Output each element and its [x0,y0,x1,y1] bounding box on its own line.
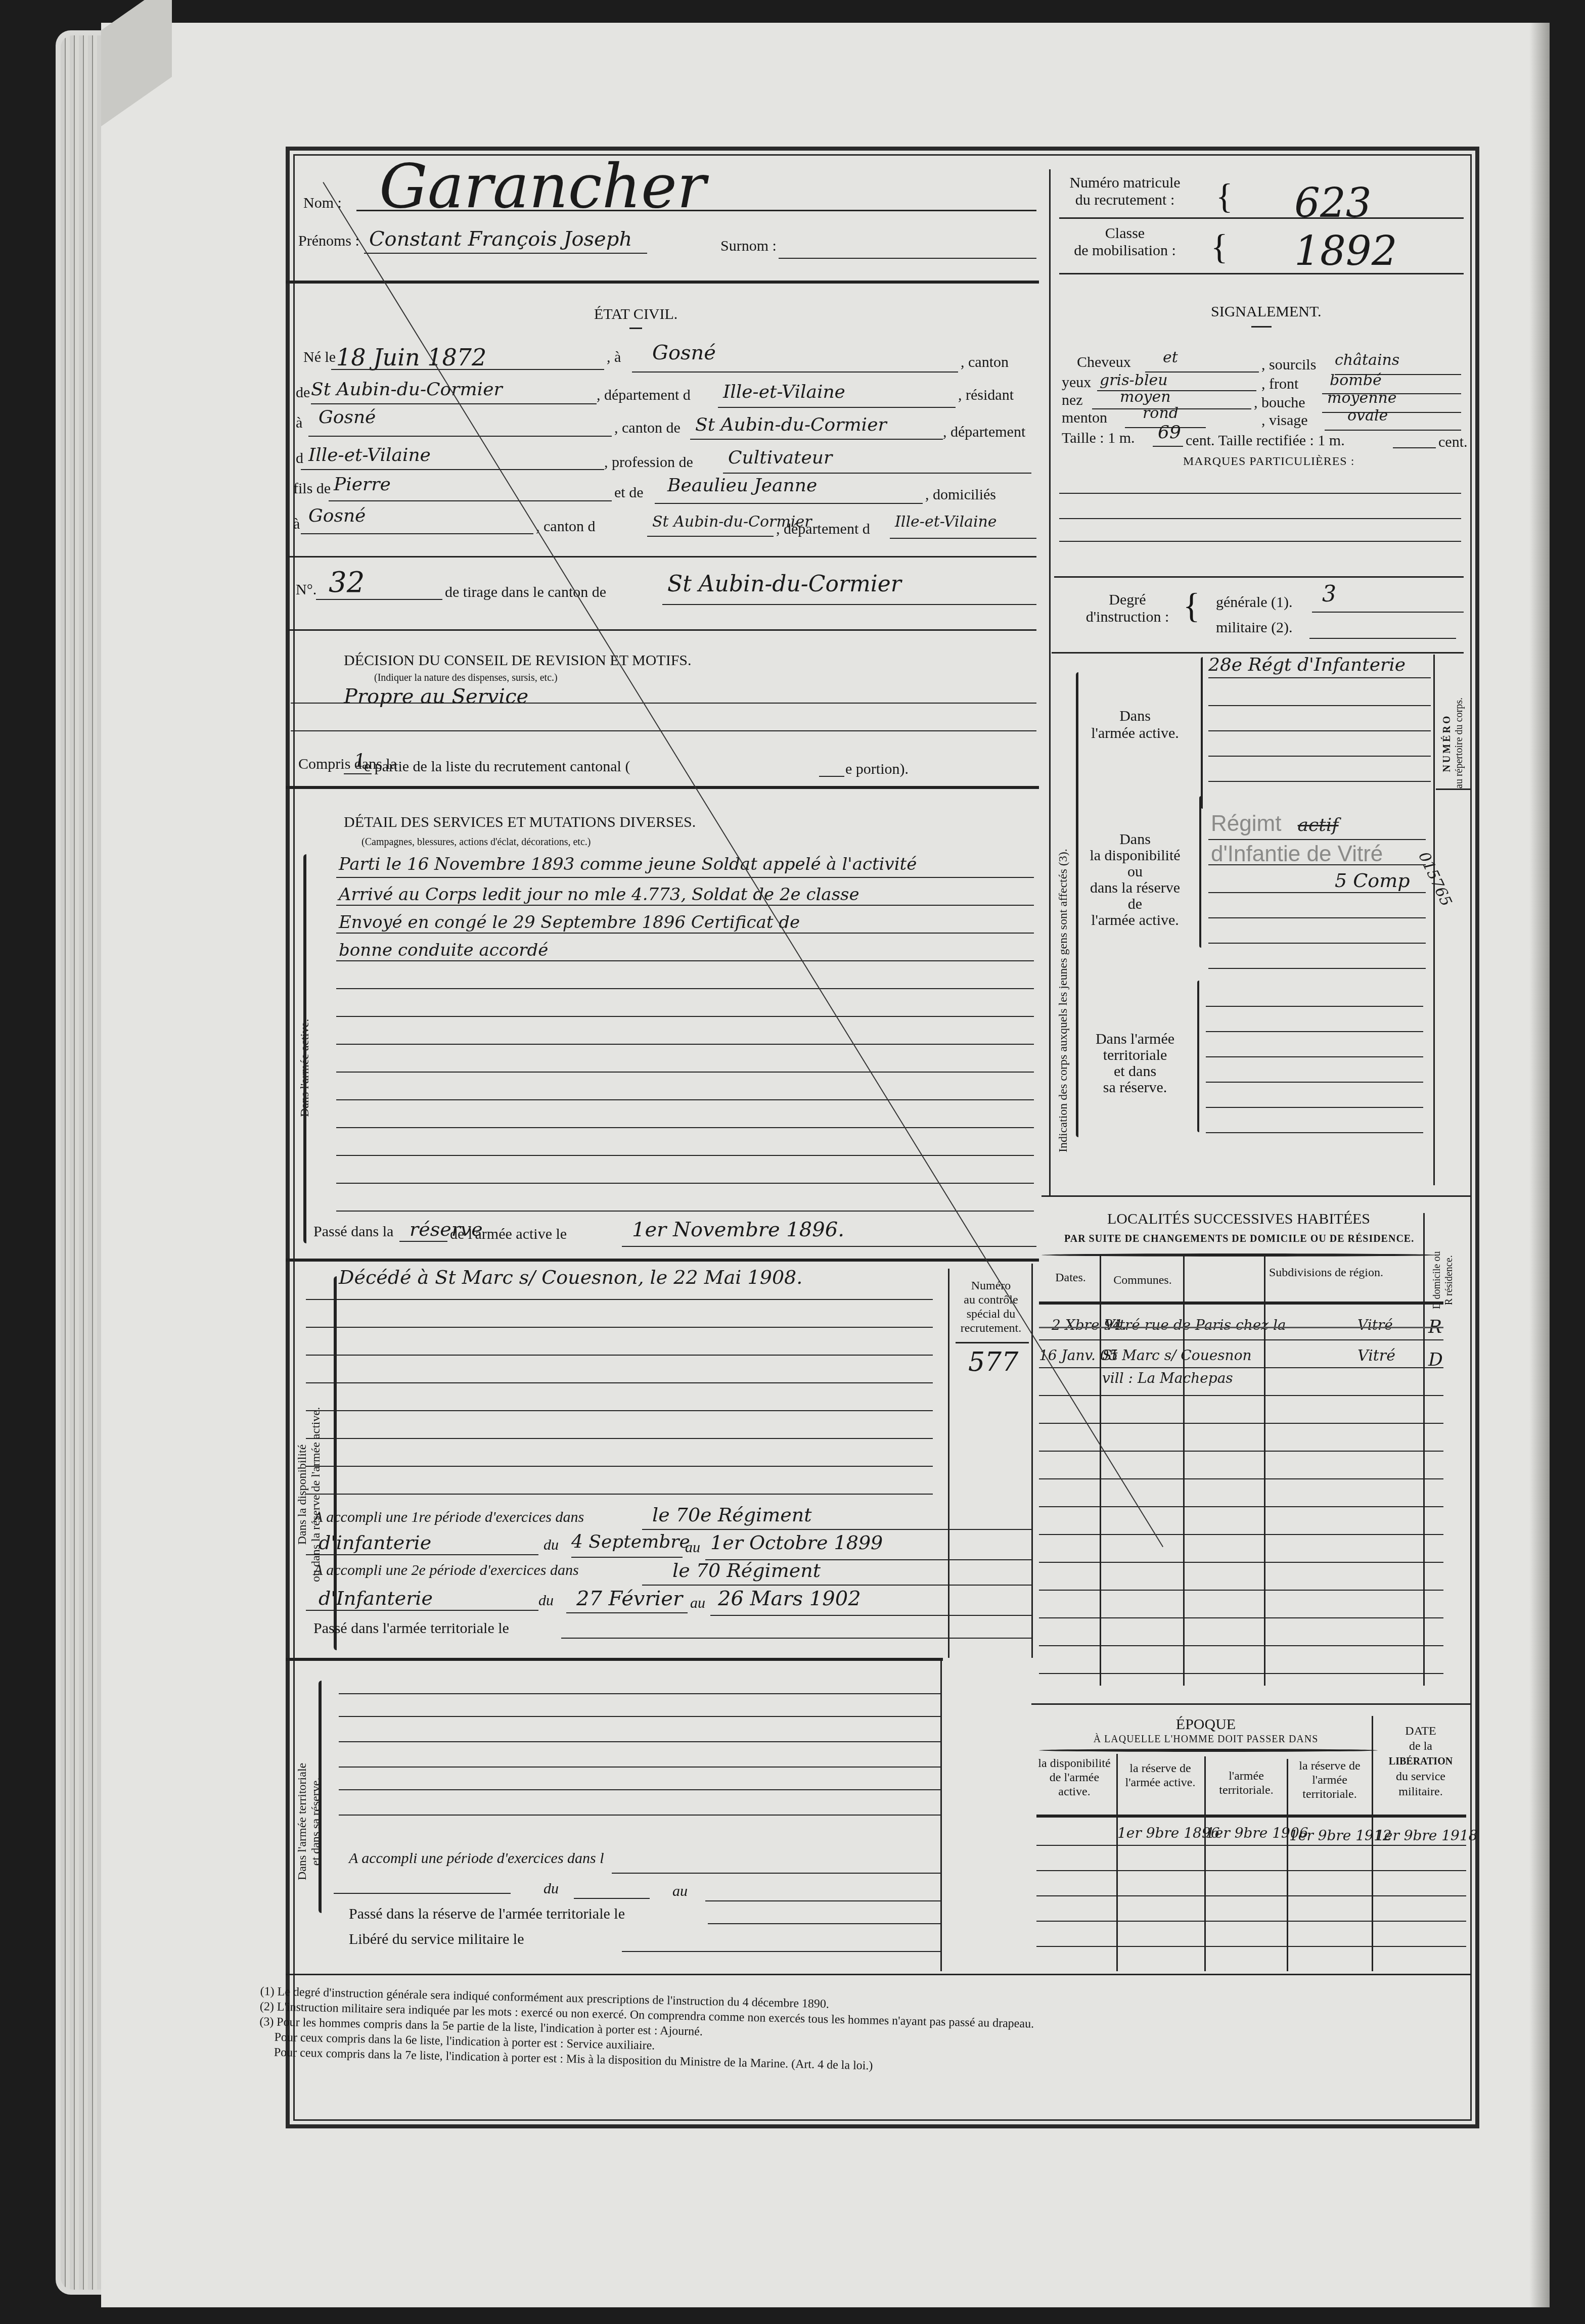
taille-value: 69 [1158,422,1181,443]
underline [647,536,774,537]
underline [890,538,1036,539]
controle-label-line2: au contrôle [950,1293,1031,1307]
ruled-line [1036,1921,1466,1922]
generale-label: générale (1). [1216,594,1293,611]
ruled-line [339,1767,940,1768]
label-line: dans la réserve [1087,880,1183,896]
ruled-line [336,988,1034,989]
stamp-regiment: Régimt actif [1211,811,1339,836]
decision-subtitle: (Indiquer la nature des dispenses, sursi… [374,672,558,684]
ruled-line [339,1693,940,1694]
identity-divider [286,281,1039,284]
localites-subtitle: PAR SUITE DE CHANGEMENTS DE DOMICILE OU … [1064,1233,1414,1245]
underline [399,1241,447,1242]
brace-corps [1076,672,1078,1137]
departement-residence: Ille-et-Vilaine [308,445,431,466]
nez-value: moyen [1120,388,1171,406]
ruled-line [1039,1645,1443,1646]
militaire-label: militaire (2). [1216,619,1293,636]
underline [334,1893,511,1894]
brace-glyph: { [1216,177,1233,217]
ruled-line [336,1072,1034,1073]
row-subdivision: Vitré [1357,1317,1393,1333]
ruled-line [306,1494,933,1495]
canton-label: , canton d [536,518,595,535]
ruled-line [1208,968,1426,969]
periode2-corps2: d'Infanterie [319,1587,433,1609]
underline [642,1585,1031,1586]
ruled-line [306,1327,933,1328]
ruled-line [1039,1339,1443,1340]
ruled-line [1039,1562,1443,1563]
underline [723,473,1031,474]
ruled-line [1208,917,1426,918]
epoque-col-territoriale: l'armée territoriale. [1206,1769,1287,1797]
nez-label: nez [1062,392,1083,409]
underline [705,1900,940,1901]
strikethrough-line [1039,1327,1443,1328]
surnom-underline [779,258,1036,259]
sourcils-label: , sourcils [1261,356,1316,374]
canton-tirage: St Aubin-du-Cormier [667,571,901,597]
epoque-col-divider [1287,1759,1288,1971]
ruled-line [1206,1082,1423,1083]
ruled-line [336,1099,1034,1100]
col-header-dr: D domicile ou R résidence. [1431,1251,1455,1309]
ruled-line [1206,1132,1423,1133]
ruled-line [339,1815,940,1816]
underline [306,1610,538,1611]
brace-territoriale [319,1681,322,1913]
ruled-line [1039,1451,1443,1452]
epoque-title: ÉPOQUE [1031,1716,1380,1733]
brace-glyph: { [1211,227,1228,268]
partie-label: e partie de la liste du recrutement cant… [364,758,630,775]
ruled-line [1208,864,1426,865]
de-label: de [296,384,310,401]
underline [301,533,533,534]
profession-label: , profession de [604,454,693,471]
controle-label: Numéro au contrôle spécial du recrutemen… [950,1279,1031,1335]
row-subdivision: Vitré [1357,1347,1395,1365]
divider [1031,1703,1471,1705]
bouche-label: , bouche [1254,394,1305,411]
label-line: militaire. [1373,1784,1469,1799]
ruled-line [1208,705,1431,706]
canton-residence: St Aubin-du-Cormier [695,414,887,435]
visage-value: ovale [1347,407,1388,425]
periode1-au: 1er Octobre 1899 [710,1531,883,1554]
passe-label: Passé dans la [313,1223,393,1240]
underline [566,1612,688,1613]
divider [1054,576,1464,578]
residence: Gosné [319,407,376,428]
ruled-line [336,1183,1034,1184]
label-line: sa réserve. [1087,1080,1183,1096]
underline [1153,446,1183,447]
row-commune: Vitré rue de Paris chez la [1105,1317,1286,1333]
ruled-line [1039,1673,1443,1674]
divider [286,1658,943,1661]
label-line: l'armée active. [1087,725,1183,742]
underline [622,1951,940,1952]
header-rule [1036,1815,1466,1818]
territoriale-passe-label: Passé dans l'armée territoriale le [313,1620,509,1637]
etat-civil-title: ÉTAT CIVIL. [594,306,677,323]
underline [308,436,612,437]
ruled-line [336,1016,1034,1017]
au-label: au [672,1883,688,1900]
ruled-line [1036,1946,1466,1947]
degre-label: Degré d'instruction : [1077,591,1178,626]
localite-row: 16 Janv. 05 St Marc s/ Couesnon vill : L… [1039,1344,1443,1395]
ruled-line [339,1716,940,1717]
localites-col-divider [1423,1213,1425,1686]
passe-label2: de l'armée active le [450,1226,567,1243]
underline [690,439,943,440]
label-line: l'armée active. [1087,912,1183,928]
departement-parents: Ille-et-Vilaine [895,513,997,531]
service-line-4: bonne conduite accordé [339,940,548,960]
epoque-brace [1039,1749,1378,1752]
label-line: DATE [1373,1724,1469,1739]
divider [291,730,1036,731]
front-label: , front [1261,376,1298,393]
au-label: au [685,1539,700,1556]
canton-label: , canton de [614,420,681,437]
controle-column-right [1031,1264,1033,1658]
menton-value: rond [1143,404,1179,422]
liberation-value: 1er 9bre 1918 [1375,1827,1478,1844]
marques-line [1059,541,1461,542]
label-line: du service [1373,1769,1469,1784]
dr-label-line1: D domicile ou [1431,1251,1443,1309]
epoque-col-disponibilite: la disponibilité de l'armée active. [1034,1756,1115,1799]
row-commune: St Marc s/ Couesnon [1102,1347,1252,1364]
dr-label-line2: R résidence. [1443,1251,1455,1309]
cent-label: cent. [1438,434,1467,451]
underline [574,1898,650,1899]
side-label-line1: Dans l'armée territoriale [296,1763,309,1880]
col-header-dates: Dates. [1041,1271,1100,1285]
ruled-line [1039,1590,1443,1591]
underline [1393,447,1436,448]
underline [1322,412,1461,413]
ruled-line [1206,1107,1423,1108]
ruled-line [1208,892,1426,893]
underline [718,407,956,408]
lieu-naissance: Gosné [652,341,716,364]
numero-label-line1: NUMÉRO [1441,698,1453,788]
ruled-line [1036,1895,1466,1896]
canton-naissance: St Aubin-du-Cormier [311,379,503,400]
ruled-line [1208,756,1431,757]
underline [301,469,604,470]
du-label: du [544,1880,559,1897]
underline [329,500,612,501]
marques-line [1059,518,1461,519]
prenoms-underline [364,253,647,254]
ruled-line [336,933,1034,934]
title-dash [1251,326,1272,328]
a-label: à [293,516,300,533]
numero-column-divider [1433,655,1435,1185]
underline [622,1246,1036,1247]
page-gutter-shadow [1529,23,1550,2307]
du-label: du [538,1592,554,1609]
visage-label: , visage [1261,412,1308,429]
yeux-value: gris-bleu [1100,371,1168,389]
departement-label: , département d [597,387,691,404]
label-line: Dans [1087,708,1183,725]
ruled-line [1039,1478,1443,1479]
matricule-label-line1: Numéro matricule [1064,174,1186,192]
degre-label-line1: Degré [1077,591,1178,609]
underline [662,604,1036,605]
tirage-label: de tirage dans le canton de [445,584,606,601]
pere: Pierre [334,474,391,495]
passe-date: 1er Novembre 1896. [632,1218,844,1241]
matricule-label: Numéro matricule du recrutement : [1064,174,1186,209]
nom-value: Garancher [379,152,706,222]
territoriale-right-border [940,1658,942,1971]
ruled-line [1039,1506,1443,1507]
underline [1312,612,1464,613]
underline [561,1638,1031,1639]
underline [306,1554,538,1555]
controle-column-left [948,1269,949,1658]
ruled-line [336,905,1034,906]
divider [288,556,1036,557]
underline [655,503,923,504]
corps-disponibilite-value: 5 Comp [1335,869,1410,892]
ruled-line [336,1044,1034,1045]
decision-value: Propre au Service [344,685,528,708]
ruled-line [1036,1845,1466,1846]
localites-title: LOCALITÉS SUCCESSIVES HABITÉES [1107,1211,1370,1228]
front-value: bombé [1330,371,1382,389]
service-line-1: Parti le 16 Novembre 1893 comme jeune So… [339,854,917,874]
label-line: la disponibilité [1087,848,1183,864]
departement-label: , département [943,424,1025,441]
deces-value: Décédé à St Marc s/ Couesnon, le 22 Mai … [339,1266,802,1288]
col-header-communes: Communes. [1102,1274,1183,1287]
label-line: territoriale [1087,1047,1183,1063]
classe-label-line2: de mobilisation : [1064,242,1186,259]
ruled-line [1206,1031,1423,1032]
corps-territoriale-label: Dans l'armée territoriale et dans sa rés… [1087,1031,1183,1096]
services-subtitle: (Campagnes, blessures, actions d'éclat, … [361,836,591,848]
periode1-corps: le 70e Régiment [652,1504,812,1526]
ruled-line [336,1127,1034,1128]
matricule-divider [1059,217,1464,219]
cheveux-label: Cheveux [1077,354,1131,371]
ruled-line [336,877,1034,878]
signalement-title: SIGNALEMENT. [1211,303,1322,320]
underline [612,1873,940,1874]
stamp-line1: Régimt [1211,811,1281,836]
brace-glyph: { [1183,586,1200,627]
ne-le-label: Né le [303,349,336,366]
label-line: de la [1373,1739,1469,1754]
sourcils-value: châtains [1335,351,1399,369]
ruled-line [306,1299,933,1300]
corps-side-label: Indication des corps auxquels les jeunes… [1057,849,1070,1152]
numero-repertoire-label: NUMÉRO au répertoire du corps. [1441,698,1465,788]
divider [288,629,1036,631]
row-commune-2: vill : La Machepas [1102,1370,1233,1386]
underline [331,369,604,370]
ruled-line [1039,1423,1443,1424]
divider [291,703,1036,704]
libere-label: Libéré du service militaire le [349,1931,524,1948]
ruled-line [1039,1395,1443,1396]
underline [311,403,597,404]
matricule-value: 623 [1294,179,1372,226]
underline [708,1923,940,1924]
brace-glyph [1199,796,1201,948]
underline [571,1557,683,1558]
underline [819,776,844,777]
periode2-corps: le 70 Régiment [672,1559,821,1582]
taille-label: Taille : 1 m. [1062,430,1135,447]
ruled-line [1208,730,1431,731]
label-line: de [1087,896,1183,912]
right-column-divider [1049,169,1051,1195]
ruled-line [339,1741,940,1742]
ruled-line [336,960,1034,961]
label-line: ou [1087,864,1183,880]
periode2-label: A accompli une 2e période d'exercices da… [313,1562,579,1579]
controle-value: 577 [968,1347,1018,1377]
classe-label-line1: Classe [1064,225,1186,242]
ruled-line [336,1155,1034,1156]
liberation-label: DATE de la LIBÉRATION du service militai… [1373,1724,1469,1799]
brace-glyph [1197,981,1199,1132]
corps-disponibilite-label: Dans la disponibilité ou dans la réserve… [1087,831,1183,928]
cheveux-value: et [1163,349,1178,366]
service-line-2: Arrivé au Corps ledit jour no mle 4.773,… [339,885,859,905]
portion-label: e portion). [845,761,909,778]
menton-label: menton [1062,409,1107,427]
brace-glyph [1201,657,1203,809]
ruled-line [1206,1006,1423,1007]
title-dash [629,328,642,329]
ruled-line [1208,781,1431,782]
epoque-col-reserve-territoriale: la réserve de l'armée territoriale. [1289,1759,1370,1801]
header-rule [1039,1302,1443,1305]
au-label: au [690,1595,705,1612]
label-line: et dans [1087,1063,1183,1080]
ruled-line [1206,1056,1423,1057]
underline [1325,430,1461,431]
footnotes-divider [286,1974,1471,1975]
domicilies-label: , domiciliés [925,486,996,503]
fils-de-label: fils de [293,480,331,497]
canton-label: , canton [961,354,1009,371]
a-label: à [296,414,302,432]
divider [286,786,1039,789]
ruled-line [1039,1534,1443,1535]
ruled-line [306,1466,933,1467]
mere: Beaulieu Jeanne [667,475,817,496]
divider [1041,1195,1471,1197]
stamp-struck-word: actif [1298,815,1339,835]
underline [1309,638,1456,639]
controle-label-line4: recrutement. [950,1321,1031,1335]
numero-label-line2: au répertoire du corps. [1453,698,1465,788]
underline [710,1615,1031,1616]
residant-label: , résidant [958,387,1014,404]
marques-label: MARQUES PARTICULIÈRES : [1183,455,1354,469]
divider [1052,652,1464,654]
periode1-label: A accompli une 1re période d'exercices d… [313,1509,584,1526]
classe-label: Classe de mobilisation : [1064,225,1186,259]
passe-reserve-territoriale-label: Passé dans la réserve de l'armée territo… [349,1905,625,1923]
col-header-subdivisions: Subdivisions de région. [1269,1266,1345,1280]
classe-divider [1059,273,1464,274]
date-naissance: 18 Juin 1872 [336,344,486,371]
label-line: Dans [1087,831,1183,848]
taille-rectifiee-label: cent. Taille rectifiée : 1 m. [1186,432,1345,449]
ruled-line [336,1211,1034,1212]
ruled-line [1208,943,1426,944]
ruled-line [1208,839,1426,840]
d-label: d [296,450,303,467]
no-label: N°. [296,581,316,598]
ruled-line [1036,1870,1466,1871]
a-label: , à [607,349,621,366]
corps-active-label: Dans l'armée active. [1087,708,1183,742]
epoque-value-reserve-active: 1er 9bre 1896 [1117,1825,1220,1841]
territoriale-periode-label: A accompli une période d'exercices dans … [349,1850,604,1867]
ruled-line [1039,1367,1443,1368]
ruled-line [306,1355,933,1356]
departement-naissance: Ille-et-Vilaine [723,382,845,402]
divider [1436,788,1471,790]
epoque-subtitle: À LAQUELLE L'HOMME DOIT PASSER DANS [1031,1734,1380,1745]
underline [642,1529,1031,1530]
ruled-line [1208,677,1431,678]
ruled-line [1039,1617,1443,1618]
underline [316,599,442,600]
controle-label-line1: Numéro [950,1279,1031,1293]
periode1-corps2: d'infanterie [319,1531,431,1554]
degre-label-line2: d'instruction : [1077,609,1178,626]
matricule-label-line2: du recrutement : [1064,192,1186,209]
ruled-line [306,1438,933,1439]
classe-value: 1892 [1294,227,1397,274]
corps-active-value: 28e Régt d'Infanterie [1208,655,1406,675]
ruled-line [306,1382,933,1383]
prenoms-label: Prénoms : [298,233,359,250]
numero-tirage: 32 [329,566,365,599]
domicile-parents: Gosné [308,505,366,526]
label-line: Dans l'armée [1087,1031,1183,1047]
divider [286,1259,1039,1262]
underline [632,371,958,373]
ruled-line [306,1410,933,1411]
periode1-du: 4 Septembre [571,1531,690,1552]
bouche-value: moyenne [1327,389,1397,407]
du-label: du [544,1537,559,1554]
epoque-col-reserve-active: la réserve de l'armée active. [1117,1761,1203,1790]
prenoms-value: Constant François Joseph [369,227,632,251]
generale-value: 3 [1322,581,1336,607]
periode2-du: 27 Février [576,1587,683,1610]
label-line: LIBÉRATION [1373,1754,1469,1769]
departement-label: , département d [776,521,870,538]
